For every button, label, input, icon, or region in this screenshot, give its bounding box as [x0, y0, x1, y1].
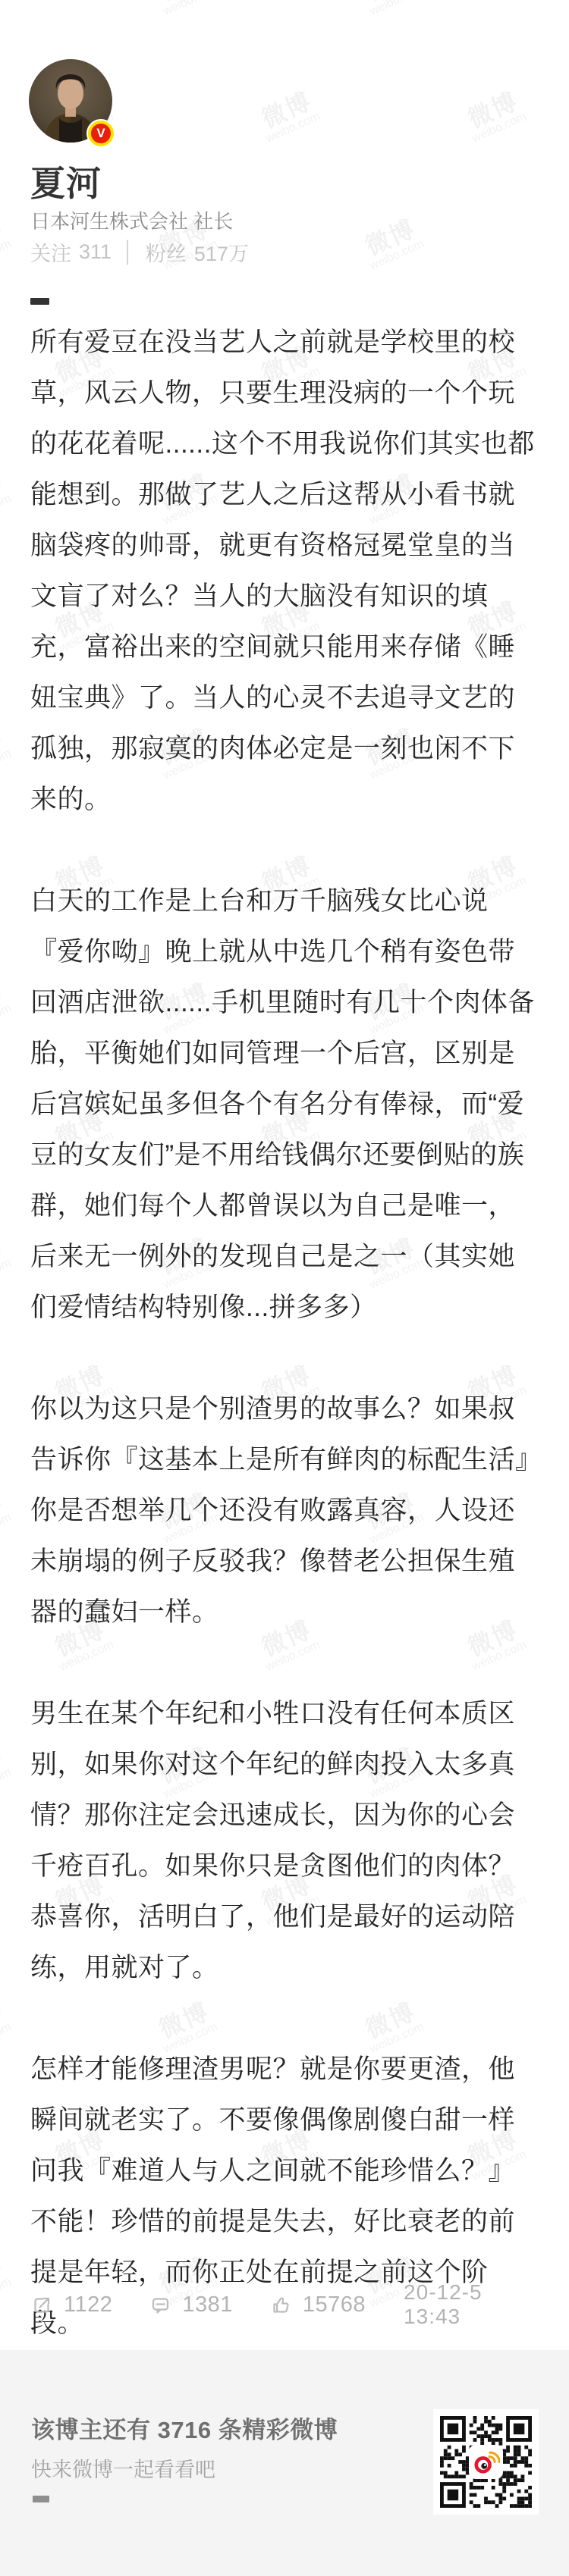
- header-dash: [30, 298, 49, 305]
- following-label: 关注: [30, 237, 71, 267]
- followers-count[interactable]: 517万: [194, 237, 249, 267]
- weibo-logo-icon: [469, 2445, 503, 2479]
- following-count[interactable]: 311: [79, 240, 112, 264]
- profile-avatar[interactable]: V: [29, 59, 112, 143]
- footer-dash: [33, 2496, 49, 2502]
- like-button[interactable]: 15768: [271, 2292, 366, 2317]
- post-paragraph: 你以为这只是个别渣男的故事么？如果叔告诉你『这基本上是所有鲜肉的标配生活』你是否…: [30, 1384, 535, 1637]
- repost-icon: [32, 2295, 52, 2315]
- post-paragraph: 男生在某个年纪和小牲口没有任何本质区别，如果你对这个年纪的鲜肉投入太多真情？那你…: [30, 1688, 535, 1993]
- repost-button[interactable]: 1122: [32, 2292, 112, 2317]
- footer-promo: 该博主还有 3716 条精彩微博 快来微博一起看看吧: [0, 2350, 569, 2576]
- qr-code: [433, 2409, 539, 2515]
- post-paragraph: 所有爱豆在没当艺人之前就是学校里的校草，风云人物，只要生理没病的一个个玩的花花着…: [30, 317, 535, 825]
- post-paragraph: 白天的工作是上台和万千脑残女比心说『爱你呦』晚上就从中选几个稍有姿色带回酒店泄欲…: [30, 876, 535, 1333]
- comment-icon: [150, 2295, 171, 2315]
- post-actions-bar: 1122 1381 15768 20-12-5 13:43: [0, 2288, 569, 2321]
- like-count: 15768: [303, 2292, 366, 2317]
- profile-description: 日本河生株式会社 社长: [30, 206, 233, 234]
- thumbs-up-icon: [271, 2295, 291, 2315]
- post-body: 所有爱豆在没当艺人之前就是学校里的校草，风云人物，只要生理没病的一个个玩的花花着…: [30, 317, 535, 2399]
- profile-name[interactable]: 夏河: [30, 156, 102, 206]
- footer-subtitle: 快来微博一起看看吧: [31, 2453, 215, 2483]
- verified-badge-icon: V: [88, 121, 114, 146]
- footer-title: 该博主还有 3716 条精彩微博: [31, 2411, 338, 2445]
- follow-stats: 关注 311 │ 粉丝 517万: [30, 237, 249, 267]
- divider: │: [122, 240, 135, 264]
- comment-button[interactable]: 1381: [150, 2292, 233, 2317]
- followers-label: 粉丝: [146, 237, 187, 267]
- post-timestamp: 20-12-5 13:43: [404, 2280, 537, 2329]
- comment-count: 1381: [182, 2292, 233, 2317]
- repost-count: 1122: [64, 2292, 112, 2317]
